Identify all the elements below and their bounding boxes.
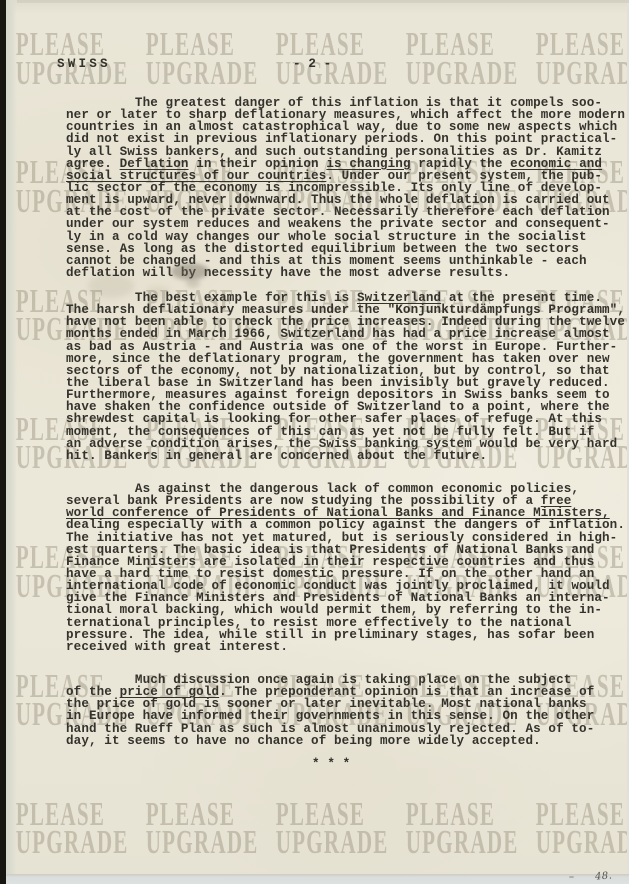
text-line: months ended in March 1966, Switzerland … bbox=[66, 328, 629, 340]
text-line: did not exist in previous inflationary p… bbox=[66, 133, 629, 145]
text-line: hit. Bankers in general are concerned ab… bbox=[66, 450, 629, 462]
text-line: ly in a cold way changes our whole socia… bbox=[66, 231, 629, 243]
text-line: under our system reduces and weakens the… bbox=[66, 218, 629, 230]
stars-separator: * * * bbox=[312, 757, 350, 771]
text-line: The initiative has not yet matured, but … bbox=[66, 532, 629, 544]
text-line: ternational principles, to resist more e… bbox=[66, 617, 629, 629]
text-line: as bad as Austria - and Austria was one … bbox=[66, 341, 629, 353]
ink-smudge bbox=[171, 263, 209, 280]
scanned-document-page: PLEASEUPGRADEPLEASEUPGRADEPLEASEUPGRADEP… bbox=[0, 0, 629, 884]
ink-smudge bbox=[186, 279, 200, 288]
paragraph: The best example for this is Switzerland… bbox=[66, 292, 629, 462]
text-line: hand the Rueff Plan as such is almost un… bbox=[66, 723, 629, 735]
text-line: moment, the consequences of this can as … bbox=[66, 426, 629, 438]
text-line: in Europe have informed their government… bbox=[66, 710, 629, 722]
document-header: SWISS - 2 - bbox=[0, 57, 629, 70]
paragraph: Much discussion once again is taking pla… bbox=[66, 674, 629, 747]
text-line: deflation will by necessity have the mos… bbox=[66, 267, 629, 279]
text-line: shrewdest capital is looking for other s… bbox=[66, 413, 629, 425]
text-line: pressure. The idea, while still in preli… bbox=[66, 629, 629, 641]
text-line: received with great interest. bbox=[66, 641, 629, 653]
typewritten-text-layer: SWISS - 2 - The greatest danger of this … bbox=[0, 0, 629, 884]
pencil-mark bbox=[569, 876, 574, 878]
text-line: sense. As long as the distorted equilibr… bbox=[66, 243, 629, 255]
header-section-label: SWISS bbox=[57, 57, 111, 71]
handwritten-page-number: 48. bbox=[595, 870, 613, 882]
paragraph: As against the dangerous lack of common … bbox=[66, 483, 629, 653]
text-line: an adverse condition arises, the Swiss b… bbox=[66, 438, 629, 450]
header-page-number: - 2 - bbox=[293, 57, 331, 71]
text-line: day, it seems to have no chance of being… bbox=[66, 735, 629, 747]
text-line: tional moral backing, which would permit… bbox=[66, 604, 629, 616]
text-line: dealing especially with a common policy … bbox=[66, 519, 629, 531]
paragraph: The greatest danger of this inflation is… bbox=[66, 97, 629, 279]
